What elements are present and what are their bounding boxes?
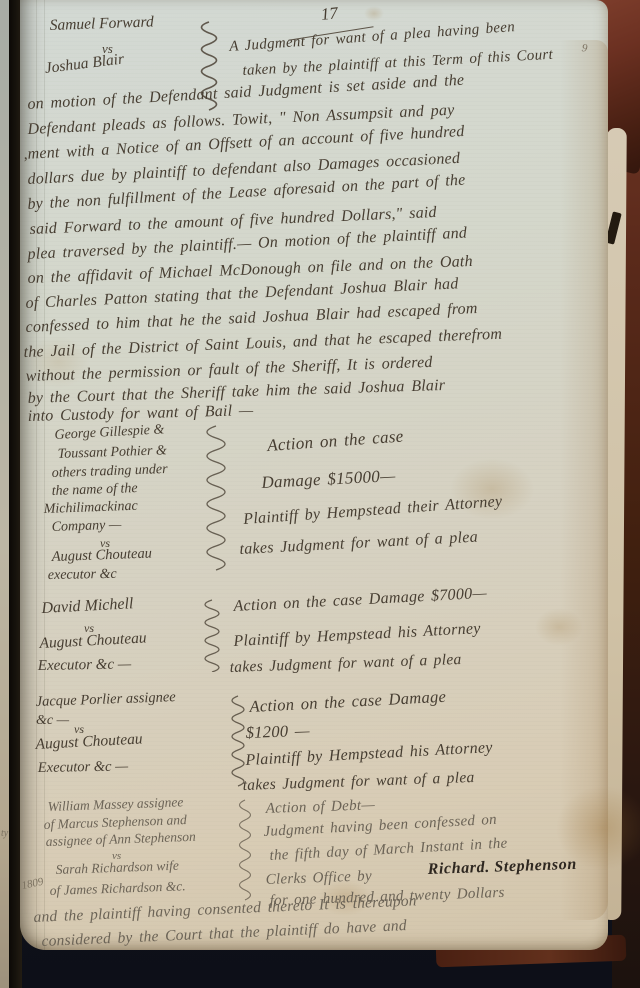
case3-party-line: Executor &c — [38, 656, 132, 675]
record-book-photo: 17 9 ty 1809 Samuel Forward vs Joshua Bl… [0, 0, 640, 988]
case4-damage: $1200 — [245, 721, 310, 743]
page-crease [36, 0, 37, 950]
stain [364, 6, 384, 21]
case4-brace [224, 694, 246, 788]
previous-page-edge [0, 0, 9, 988]
case3-brace [196, 598, 222, 672]
case2-party-line: Company — [51, 518, 121, 536]
left-edge-mark: ty [1, 828, 8, 839]
case4-party-line: Executor &c — [38, 758, 128, 777]
case2-brace [196, 424, 228, 576]
right-edge-number: 9 [581, 42, 588, 55]
case1-plaintiff: Samuel Forward [49, 13, 154, 35]
case2-party-line: the name of the [51, 481, 137, 500]
case2-party-line: executor &c [48, 567, 117, 584]
case5-brace [232, 798, 252, 904]
page-number: 17 [320, 3, 339, 25]
case2-party-line: Michilimackinac [43, 499, 138, 518]
page-crease [44, 0, 45, 950]
case4-party-line: &c — [36, 713, 69, 729]
stain [535, 608, 583, 646]
case2-party-line: August Chouteau [51, 546, 152, 566]
